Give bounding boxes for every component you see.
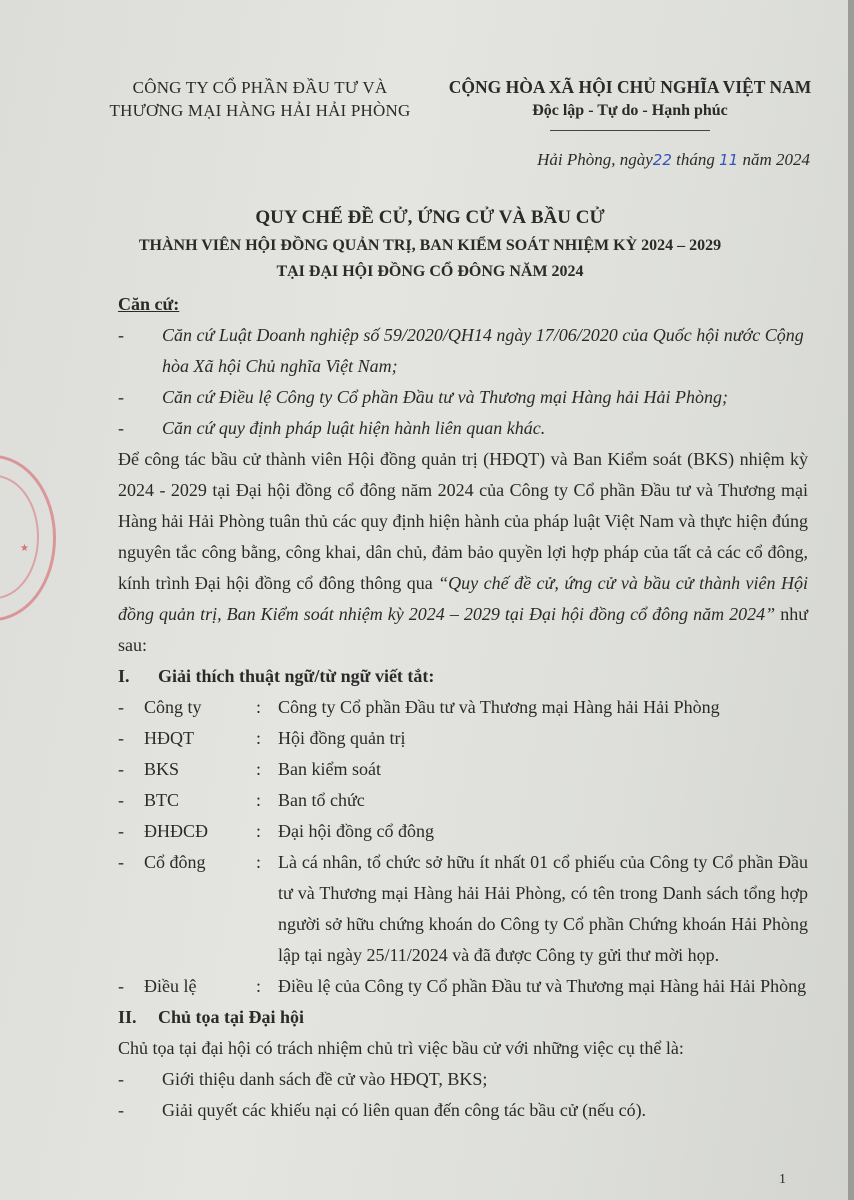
section-number: I. [118, 661, 130, 692]
company-header: CÔNG TY CỔ PHẦN ĐẦU TƯ VÀ THƯƠNG MẠI HÀN… [95, 76, 425, 122]
definition-term: Cổ đông [144, 847, 256, 971]
intro-text: Để công tác bầu cử thành viên Hội đồng q… [118, 449, 808, 593]
definition-row: -Công ty:Công ty Cổ phần Đầu tư và Thươn… [118, 692, 808, 723]
definition-term: HĐQT [144, 723, 256, 754]
section-2-intro: Chủ tọa tại đại hội có trách nhiệm chủ t… [118, 1033, 808, 1064]
motto-underline [550, 130, 710, 131]
basis-heading: Căn cứ: [118, 289, 179, 320]
section-2-heading: II.Chủ tọa tại Đại hội [118, 1002, 808, 1033]
section-2-item: -Giới thiệu danh sách đề cử vào HĐQT, BK… [118, 1064, 808, 1095]
date-month-handwritten: 11 [719, 151, 738, 169]
definition-term: Công ty [144, 692, 256, 723]
document-subtitle-1: THÀNH VIÊN HỘI ĐỒNG QUẢN TRỊ, BAN KIỂM S… [60, 237, 800, 255]
basis-item: -Căn cứ Luật Doanh nghiệp số 59/2020/QH1… [118, 320, 808, 382]
document-date: Hải Phòng, ngày22 tháng 11 năm 2024 [470, 150, 810, 170]
page-number: 1 [779, 1172, 786, 1188]
section-number: II. [118, 1002, 137, 1033]
basis-item: -Căn cứ quy định pháp luật hiện hành liê… [118, 413, 808, 444]
national-header: CỘNG HÒA XÃ HỘI CHỦ NGHĨA VIỆT NAM Độc l… [445, 76, 815, 131]
definition-row: -BKS:Ban kiểm soát [118, 754, 808, 785]
basis-item-text: Căn cứ quy định pháp luật hiện hành liên… [162, 418, 545, 438]
definition-row: -Điều lệ:Điều lệ của Công ty Cổ phần Đầu… [118, 971, 808, 1002]
basis-item-text: Căn cứ Điều lệ Công ty Cổ phần Đầu tư và… [162, 387, 728, 407]
national-motto: Độc lập - Tự do - Hạnh phúc [445, 99, 815, 122]
seal-star-icon: ★ [20, 543, 29, 554]
page-edge [848, 0, 854, 1200]
section-title: Giải thích thuật ngữ/từ ngữ viết tắt: [158, 666, 434, 686]
definition-row: -HĐQT:Hội đồng quản trị [118, 723, 808, 754]
definition-term: BTC [144, 785, 256, 816]
definition-meaning: Đại hội đồng cổ đông [278, 816, 808, 847]
company-name-line2: THƯƠNG MẠI HÀNG HẢI HẢI PHÒNG [95, 99, 425, 122]
definition-meaning: Ban kiểm soát [278, 754, 808, 785]
date-prefix: Hải Phòng, ngày [537, 150, 653, 169]
basis-item: -Căn cứ Điều lệ Công ty Cổ phần Đầu tư v… [118, 382, 808, 413]
document-subtitle-2: TẠI ĐẠI HỘI ĐỒNG CỔ ĐÔNG NĂM 2024 [60, 263, 800, 281]
section-1-heading: I.Giải thích thuật ngữ/từ ngữ viết tắt: [118, 661, 808, 692]
company-name-line1: CÔNG TY CỔ PHẦN ĐẦU TƯ VÀ [95, 76, 425, 99]
definition-meaning: Công ty Cổ phần Đầu tư và Thương mại Hàn… [278, 692, 808, 723]
definition-meaning: Ban tổ chức [278, 785, 808, 816]
document-title: QUY CHẾ ĐỀ CỬ, ỨNG CỬ VÀ BẦU CỬ [60, 207, 800, 229]
date-day-handwritten: 22 [653, 151, 672, 169]
definition-meaning: Điều lệ của Công ty Cổ phần Đầu tư và Th… [278, 971, 808, 1002]
section-2-item: -Giải quyết các khiếu nại có liên quan đ… [118, 1095, 808, 1126]
definition-term: BKS [144, 754, 256, 785]
document-body: Căn cứ: -Căn cứ Luật Doanh nghiệp số 59/… [118, 289, 808, 1126]
definition-row: -BTC:Ban tổ chức [118, 785, 808, 816]
definition-meaning: Là cá nhân, tổ chức sở hữu ít nhất 01 cổ… [278, 847, 808, 971]
definition-row: -ĐHĐCĐ:Đại hội đồng cổ đông [118, 816, 808, 847]
section-2-item-text: Giới thiệu danh sách đề cử vào HĐQT, BKS… [162, 1069, 487, 1089]
nation-name: CỘNG HÒA XÃ HỘI CHỦ NGHĨA VIỆT NAM [445, 76, 815, 99]
date-month-label: tháng [676, 150, 715, 169]
section-2-item-text: Giải quyết các khiếu nại có liên quan đế… [162, 1100, 646, 1120]
definition-term: Điều lệ [144, 971, 256, 1002]
section-title: Chủ tọa tại Đại hội [158, 1007, 304, 1027]
definition-term: ĐHĐCĐ [144, 816, 256, 847]
intro-paragraph: Để công tác bầu cử thành viên Hội đồng q… [118, 444, 808, 661]
basis-item-text: Căn cứ Luật Doanh nghiệp số 59/2020/QH14… [162, 325, 804, 376]
definition-meaning: Hội đồng quản trị [278, 723, 808, 754]
date-year: năm 2024 [742, 150, 810, 169]
definition-row: -Cổ đông:Là cá nhân, tổ chức sở hữu ít n… [118, 847, 808, 971]
